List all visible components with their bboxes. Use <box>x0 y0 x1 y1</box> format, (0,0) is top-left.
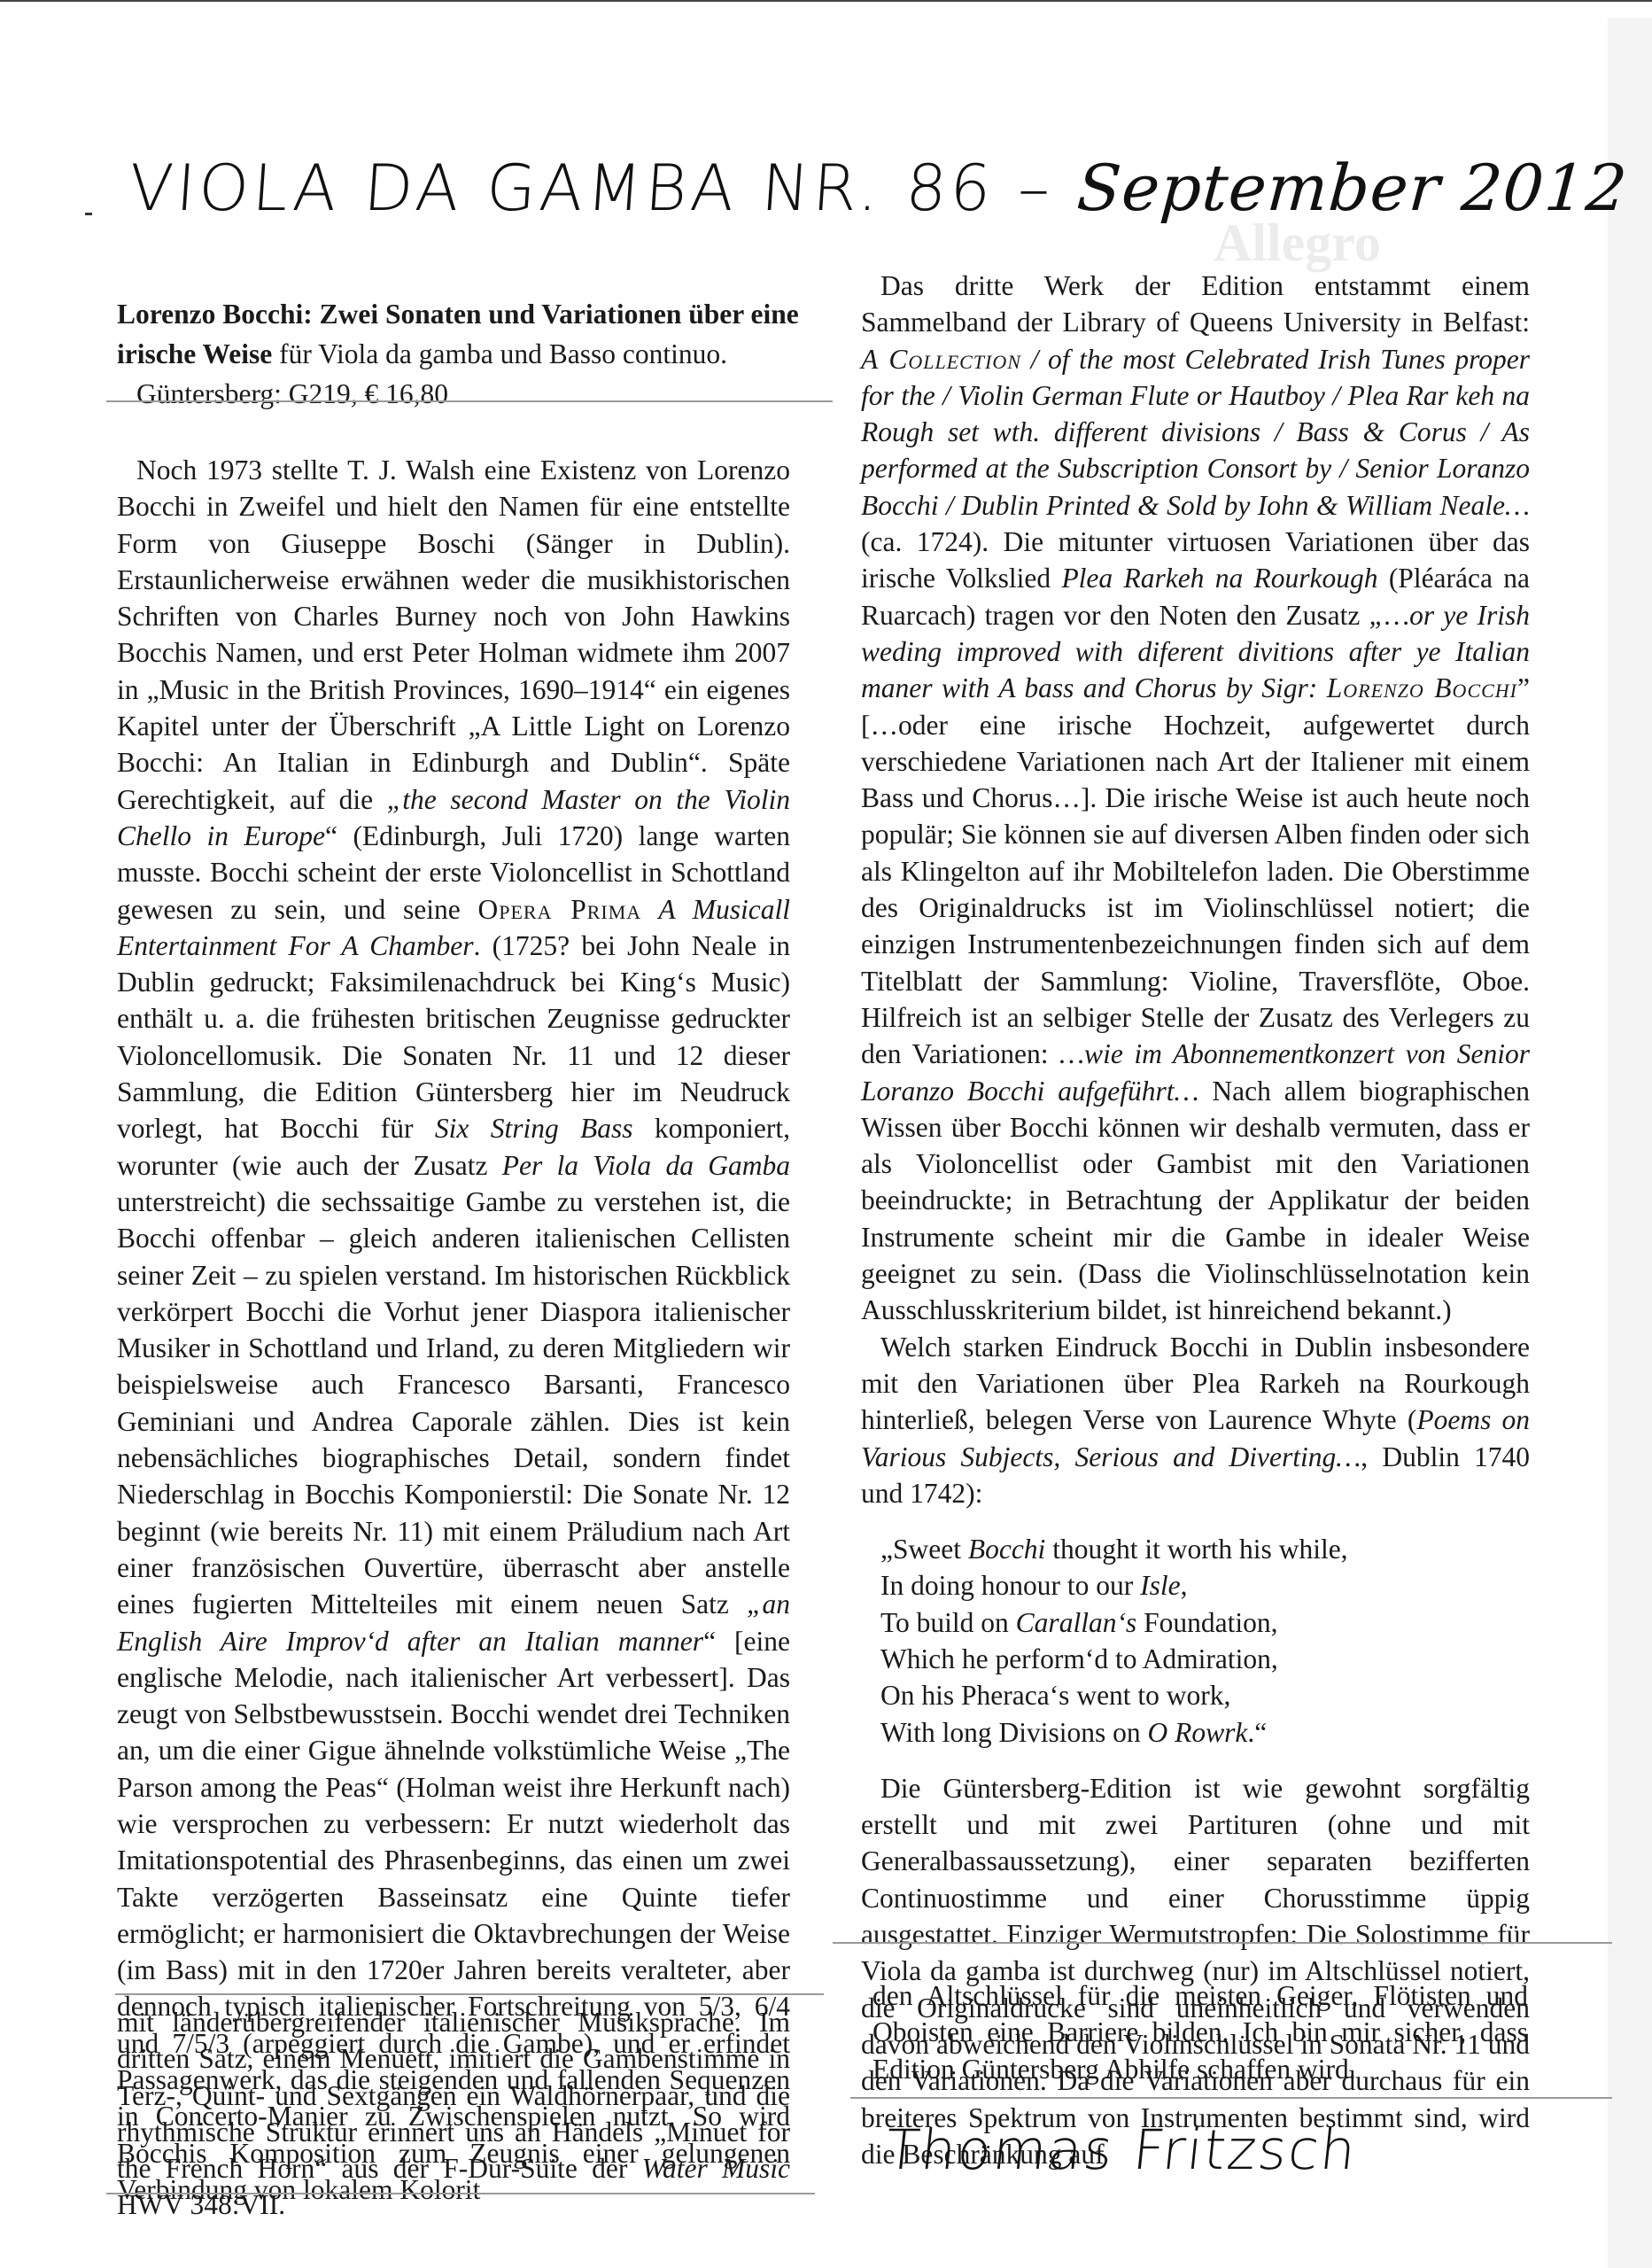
poem-line: On his Pheraca‘s went to work, <box>880 1677 1530 1713</box>
column-cut-divider <box>833 1942 1612 1944</box>
bottom-divider-left <box>106 2193 815 2194</box>
poem-line: In doing honour to our Isle, <box>880 1567 1530 1604</box>
review-heading: Lorenzo Bocchi: Zwei Sonaten und Variati… <box>117 294 799 414</box>
text-run: unterstreicht) die sechssaitige Gambe zu… <box>117 1186 790 1619</box>
text-run: Nach allem biographischen Wissen über Bo… <box>861 1076 1530 1326</box>
publisher-price: Güntersberg: G219, € 16,80 <box>117 374 799 414</box>
magazine-issue: VIOLA DA GAMBA NR. 86 <box>127 151 997 225</box>
poem-line: To build on Carallan‘s Foundation, <box>880 1604 1530 1641</box>
right-paragraph: Welch starken Eindruck Bocchi in Dublin … <box>861 1329 1530 1511</box>
small-caps-text: Opera Prima <box>477 894 641 925</box>
poem-line: Which he perform‘d to Admiration, <box>880 1641 1530 1677</box>
left-paragraph-continued: mit länderübergreifender italienischer M… <box>117 2004 790 2224</box>
right-column-block-1: Das dritte Werk der Edition entstammt ei… <box>861 268 1530 2172</box>
review-title-rest: für Viola da gamba und Basso continuo. <box>272 338 727 369</box>
right-column-block-2: den Altschlüssel für die meisten Geiger,… <box>873 1977 1528 2087</box>
italic-text: Plea Rarkeh na Rourkough <box>1061 563 1377 594</box>
scan-mark <box>85 213 92 215</box>
italic-text: Per la Viola da Gamba <box>502 1150 790 1181</box>
column-cut-divider <box>115 1993 824 1995</box>
left-column-block-2: mit länderübergreifender italienischer M… <box>117 2004 790 2224</box>
left-paragraph: Noch 1973 stellte T. J. Walsh eine Exist… <box>117 452 790 2208</box>
poem-quote: „Sweet Bocchi thought it worth his while… <box>880 1531 1530 1751</box>
small-caps-italic: Lorenzo Bocchi <box>1327 672 1517 703</box>
text-run: ” […oder eine irische Hochzeit, aufgewer… <box>861 672 1530 1069</box>
text-run: Das dritte Werk der Edition entstammt ei… <box>861 270 1530 338</box>
scan-margin-strip <box>1608 18 1652 2268</box>
italic-text: Six String Bass <box>435 1113 633 1144</box>
text-run: Noch 1973 stellte T. J. Walsh eine Exist… <box>117 454 790 815</box>
small-caps-italic: A Collection <box>861 344 1021 375</box>
header-separator: – <box>992 151 1081 225</box>
right-paragraph-continued: den Altschlüssel für die meisten Geiger,… <box>873 1977 1528 2087</box>
italic-title: Water Music <box>642 2153 790 2184</box>
issue-date: September 2012 <box>1074 151 1630 225</box>
right-paragraph: Das dritte Werk der Edition entstammt ei… <box>861 268 1530 1329</box>
left-column-block-1: Noch 1973 stellte T. J. Walsh eine Exist… <box>117 452 790 2208</box>
signature-divider <box>850 2097 1612 2099</box>
poem-line: With long Divisions on O Rowrk.“ <box>880 1714 1530 1751</box>
page-top-edge <box>0 0 1652 2</box>
handwritten-header: VIOLA DA GAMBA NR. 86 – September 2012 <box>125 151 1195 248</box>
handwritten-signature: Thomas Fritzsch <box>882 2117 1361 2182</box>
right-paragraph: Die Güntersberg-Edition ist wie gewohnt … <box>861 1770 1530 2172</box>
poem-line: „Sweet Bocchi thought it worth his while… <box>880 1531 1530 1567</box>
heading-divider <box>106 400 833 402</box>
